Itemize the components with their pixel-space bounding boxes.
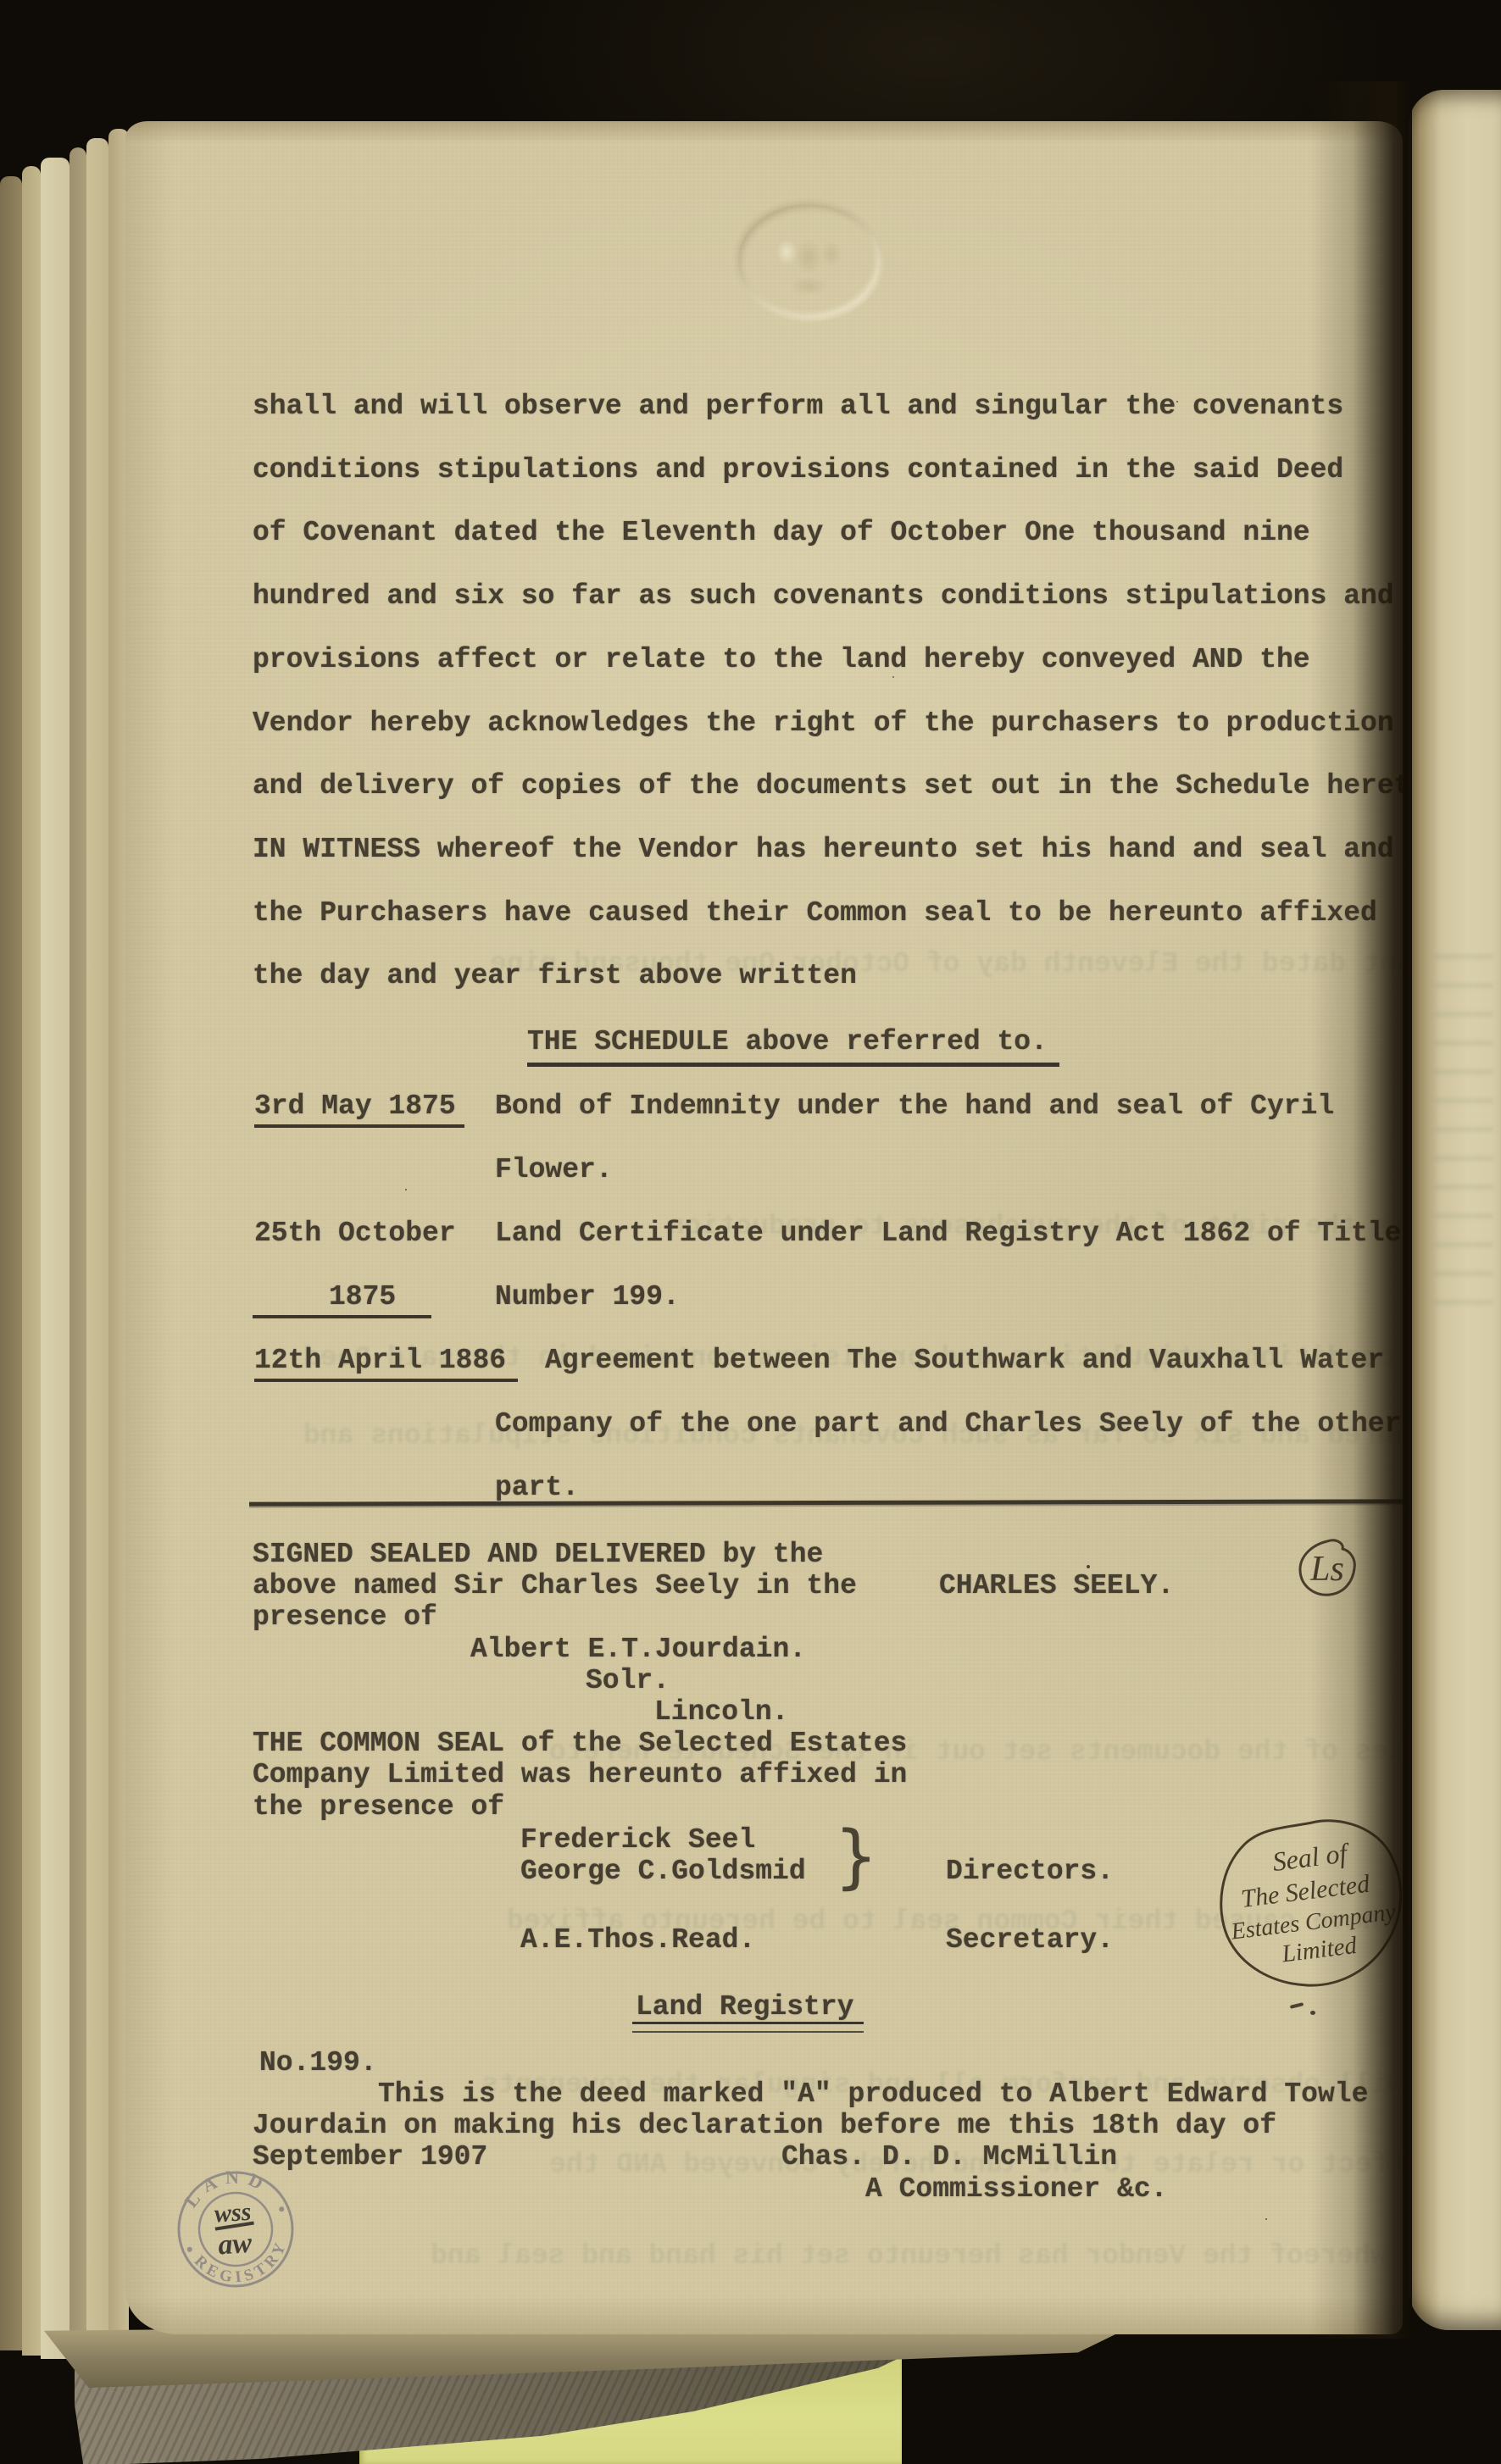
signature-charles-seely: CHARLES SEELY.	[939, 1569, 1174, 1603]
bleed-through-smudge	[1434, 954, 1493, 1310]
typed-line: the Purchasers have caused their Common …	[253, 882, 1403, 946]
ink-mark	[1290, 2002, 1304, 2009]
ruled-line	[249, 1499, 1403, 1506]
embossed-crest-seal	[738, 204, 880, 318]
ink-mark	[1310, 2011, 1315, 2015]
typed-line: the day and year first above written	[253, 945, 1403, 1008]
company-seal-line: Seal of	[1270, 1837, 1352, 1877]
attestation-line: above named Sir Charles Seely in the	[253, 1569, 857, 1603]
attestation-line: the presence of	[253, 1790, 504, 1824]
commissioner-title: A Commissioner &c.	[865, 2173, 1167, 2206]
page-edge-strip	[86, 138, 108, 2367]
attestation-line: presence of	[253, 1601, 437, 1634]
typed-line: provisions affect or relate to the land …	[253, 629, 1403, 692]
typed-line: conditions stipulations and provisions c…	[253, 439, 1403, 502]
secretary-name: A.E.Thos.Read.	[520, 1923, 755, 1957]
schedule-desc: Flower.	[495, 1153, 613, 1187]
page-edge-strip	[22, 166, 41, 2356]
typed-line: IN WITNESS whereof the Vendor has hereun…	[253, 819, 1403, 882]
attestation-line: Company Limited was hereunto affixed in	[253, 1758, 907, 1792]
page-edge-strip	[41, 158, 69, 2359]
declaration-line: Jourdain on making his declaration befor…	[253, 2109, 1276, 2143]
directors-label: Directors.	[946, 1855, 1114, 1889]
stamp-dot	[279, 2206, 285, 2212]
bleed-through-text: IN WITNESS whereof the Vendor has hereun…	[431, 2239, 1403, 2273]
schedule-heading: THE SCHEDULE above referred to.	[527, 1025, 1059, 1059]
attestation-line: THE COMMON SEAL of the Selected Estates	[253, 1727, 907, 1761]
typed-line: of Covenant dated the Eleventh day of Oc…	[253, 502, 1403, 565]
typed-line: shall and will observe and perform all a…	[253, 375, 1403, 439]
book-photograph: of Covenant dated the Eleventh day of Oc…	[0, 0, 1501, 2464]
witness-city: Lincoln.	[654, 1695, 788, 1729]
stamp-dot	[186, 2246, 192, 2252]
schedule-desc: part.	[495, 1471, 579, 1505]
schedule-desc: Agreement between The Southwark and Vaux…	[545, 1344, 1384, 1378]
declaration-line: This is the deed marked "A" produced to …	[378, 2078, 1368, 2112]
director-name: George C.Goldsmid	[520, 1855, 806, 1889]
deed-paragraph: shall and will observe and perform all a…	[253, 375, 1403, 1008]
facing-page	[1409, 90, 1501, 2330]
company-seal: Seal of The Selected Estates Company Lim…	[1212, 1814, 1403, 1994]
schedule-date: 25th October	[254, 1217, 456, 1251]
document-page: of Covenant dated the Eleventh day of Oc…	[125, 121, 1403, 2334]
director-name: Frederick Seel	[520, 1823, 755, 1857]
typed-line: hundred and six so far as such covenants…	[253, 565, 1403, 629]
land-registry-stamp: LAND REGISTRY wss aw	[168, 2162, 303, 2297]
ls-monogram: Ls	[1309, 1550, 1344, 1589]
commissioner-signature: Chas. D. D. McMillin	[781, 2140, 1117, 2174]
page-edge-strip	[0, 176, 22, 2350]
ls-seal: Ls	[1288, 1533, 1369, 1613]
typed-line: Vendor hereby acknowledges the right of …	[253, 692, 1403, 756]
typed-line: and delivery of copies of the documents …	[253, 755, 1403, 819]
schedule-desc: Bond of Indemnity under the hand and sea…	[495, 1090, 1334, 1124]
witness-name: Albert E.T.Jourdain.	[470, 1633, 806, 1667]
attestation-line: SIGNED SEALED AND DELIVERED by the	[253, 1538, 823, 1572]
directors-brace: }	[834, 1823, 878, 1892]
schedule-desc: Number 199.	[495, 1280, 680, 1314]
paper-speckles	[125, 121, 127, 123]
schedule-heading-text: THE SCHEDULE above referred to.	[527, 1026, 1059, 1067]
secretary-label: Secretary.	[946, 1923, 1114, 1957]
schedule-desc: Land Certificate under Land Registry Act…	[495, 1217, 1401, 1251]
schedule-desc: Company of the one part and Charles Seel…	[495, 1407, 1401, 1441]
schedule-date: 3rd May 1875	[254, 1090, 464, 1124]
schedule-date: 12th April 1886	[254, 1344, 518, 1378]
page-edge-strip	[69, 147, 86, 2362]
deed-number: No.199.	[259, 2046, 377, 2080]
stamp-initials-bottom: aw	[217, 2228, 253, 2261]
land-registry-heading: Land Registry	[636, 1990, 853, 2024]
schedule-date: 1875	[253, 1280, 431, 1314]
witness-role: Solr.	[586, 1664, 670, 1698]
